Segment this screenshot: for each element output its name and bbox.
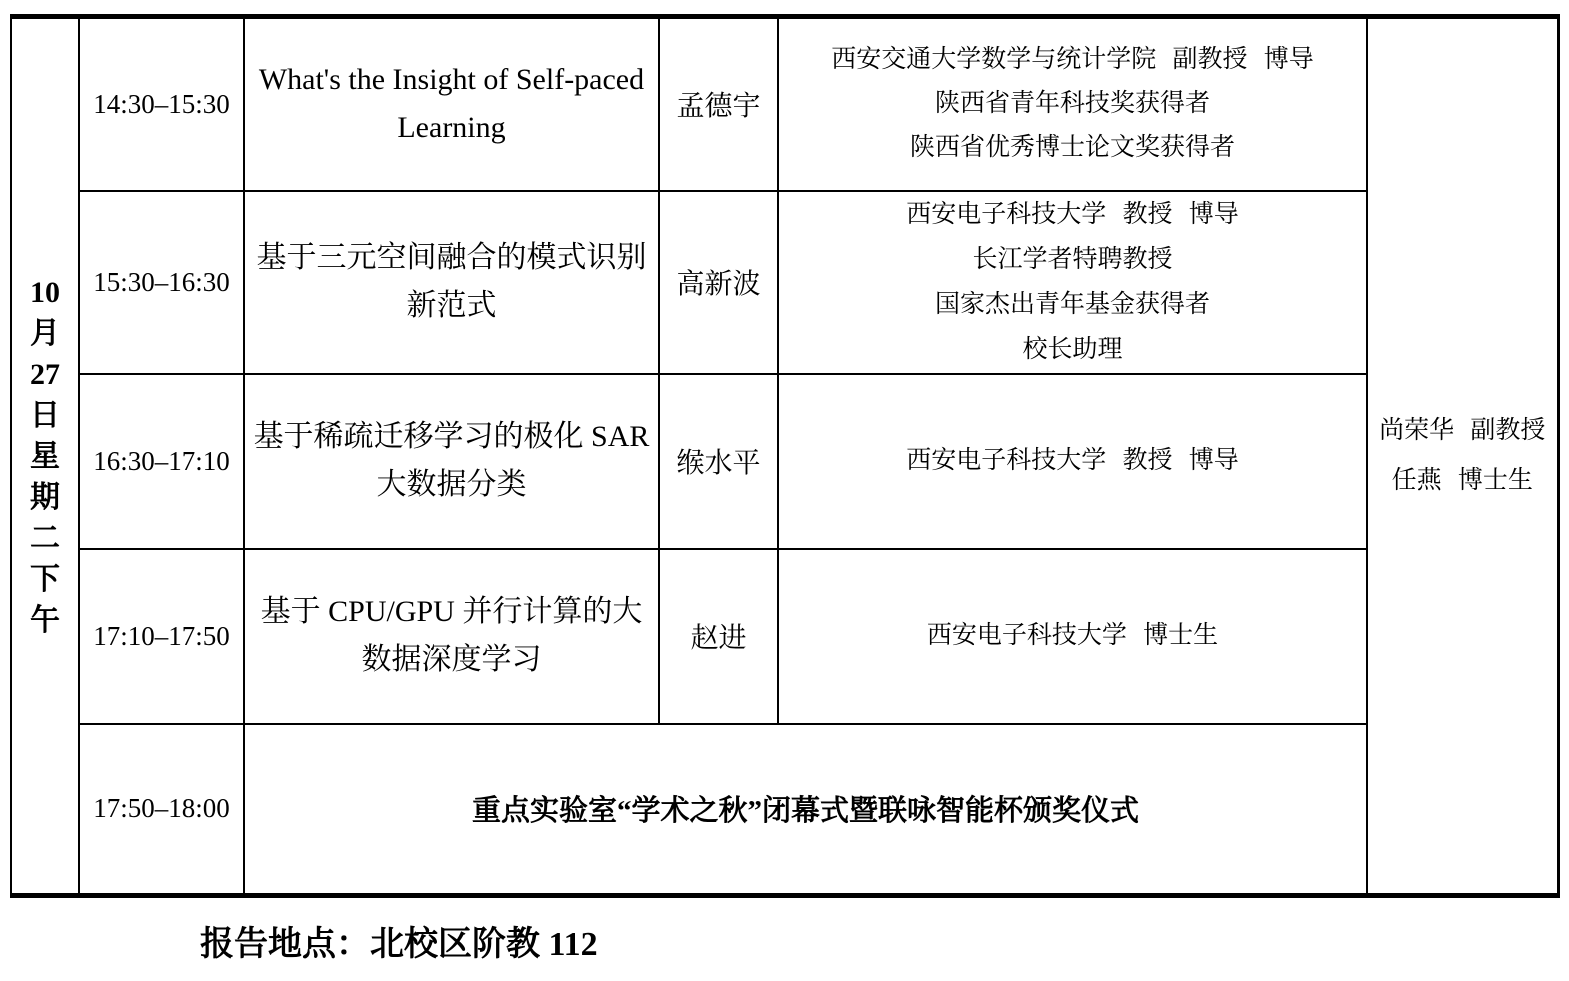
talk-title-cell: 基于三元空间融合的模式识别 新范式 — [244, 191, 659, 374]
speaker-cell: 孟德宇 — [659, 17, 778, 191]
title-line: 大数据分类 — [245, 461, 658, 509]
affiliation-line: 西安电子科技大学 博士生 — [779, 614, 1366, 658]
speaker-cell: 高新波 — [659, 191, 778, 374]
time-cell: 17:10–17:50 — [79, 549, 244, 724]
affiliation-line: 西安交通大学数学与统计学院 副教授 博导 — [779, 38, 1366, 82]
speaker-cell: 赵进 — [659, 549, 778, 724]
affiliation-line: 西安电子科技大学 教授 博导 — [779, 192, 1366, 237]
title-line: 新范式 — [245, 282, 658, 330]
venue-caption: 报告地点：北校区阶教 112 — [200, 916, 598, 965]
affiliation-cell: 西安电子科技大学 教授 博导 长江学者特聘教授 国家杰出青年基金获得者 校长助理 — [778, 191, 1367, 374]
talk-title-cell: What's the Insight of Self-paced Learnin… — [244, 17, 659, 191]
affiliation-line: 西安电子科技大学 教授 博导 — [779, 439, 1366, 483]
affiliation-cell: 西安电子科技大学 教授 博导 — [778, 374, 1367, 549]
affiliation-line: 国家杰出青年基金获得者 — [779, 282, 1366, 327]
affiliation-cell: 西安电子科技大学 博士生 — [778, 549, 1367, 724]
time-cell: 16:30–17:10 — [79, 374, 244, 549]
title-line: 数据深度学习 — [245, 636, 658, 684]
talk-title-cell: 基于 CPU/GPU 并行计算的大 数据深度学习 — [244, 549, 659, 724]
title-line: Learning — [245, 104, 658, 152]
date-char: 10 — [12, 272, 78, 313]
time-cell: 17:50–18:00 — [79, 724, 244, 896]
affiliation-line: 校长助理 — [779, 327, 1366, 372]
seminar-schedule-page: 10 月 27 日 星 期 二 下 午 14:30–15:30 What's t… — [0, 0, 1569, 981]
title-line: What's the Insight of Self-paced — [245, 56, 658, 104]
affiliation-line: 长江学者特聘教授 — [779, 237, 1366, 282]
talk-title-cell: 基于稀疏迁移学习的极化 SAR 大数据分类 — [244, 374, 659, 549]
affiliation-line: 陕西省青年科技奖获得者 — [779, 82, 1366, 126]
date-cell: 10 月 27 日 星 期 二 下 午 — [11, 17, 79, 896]
date-char: 27 — [12, 354, 78, 395]
date-char: 二 — [12, 518, 78, 559]
date-char: 下 — [12, 559, 78, 600]
affiliation-cell: 西安交通大学数学与统计学院 副教授 博导 陕西省青年科技奖获得者 陕西省优秀博士… — [778, 17, 1367, 191]
host-line: 任燕 博士生 — [1368, 456, 1557, 506]
schedule-row-5: 17:50–18:00 重点实验室“学术之秋”闭幕式暨联咏智能杯颁奖仪式 — [11, 724, 1558, 896]
host-line: 尚荣华 副教授 — [1368, 406, 1557, 456]
date-char: 期 — [12, 477, 78, 518]
schedule-row-4: 17:10–17:50 基于 CPU/GPU 并行计算的大 数据深度学习 赵进 … — [11, 549, 1558, 724]
schedule-row-2: 15:30–16:30 基于三元空间融合的模式识别 新范式 高新波 西安电子科技… — [11, 191, 1558, 374]
date-char: 午 — [12, 600, 78, 641]
affiliation-line: 陕西省优秀博士论文奖获得者 — [779, 126, 1366, 170]
speaker-cell: 缑水平 — [659, 374, 778, 549]
title-line: 基于稀疏迁移学习的极化 SAR — [245, 413, 658, 461]
date-char: 星 — [12, 436, 78, 477]
time-cell: 14:30–15:30 — [79, 17, 244, 191]
schedule-row-1: 10 月 27 日 星 期 二 下 午 14:30–15:30 What's t… — [11, 17, 1558, 191]
schedule-row-3: 16:30–17:10 基于稀疏迁移学习的极化 SAR 大数据分类 缑水平 西安… — [11, 374, 1558, 549]
closing-ceremony-cell: 重点实验室“学术之秋”闭幕式暨联咏智能杯颁奖仪式 — [244, 724, 1367, 896]
date-char: 日 — [12, 395, 78, 436]
schedule-table: 10 月 27 日 星 期 二 下 午 14:30–15:30 What's t… — [10, 14, 1560, 898]
date-char: 月 — [12, 313, 78, 354]
host-cell: 尚荣华 副教授 任燕 博士生 — [1367, 17, 1558, 896]
time-cell: 15:30–16:30 — [79, 191, 244, 374]
title-line: 基于三元空间融合的模式识别 — [245, 234, 658, 282]
title-line: 基于 CPU/GPU 并行计算的大 — [245, 588, 658, 636]
